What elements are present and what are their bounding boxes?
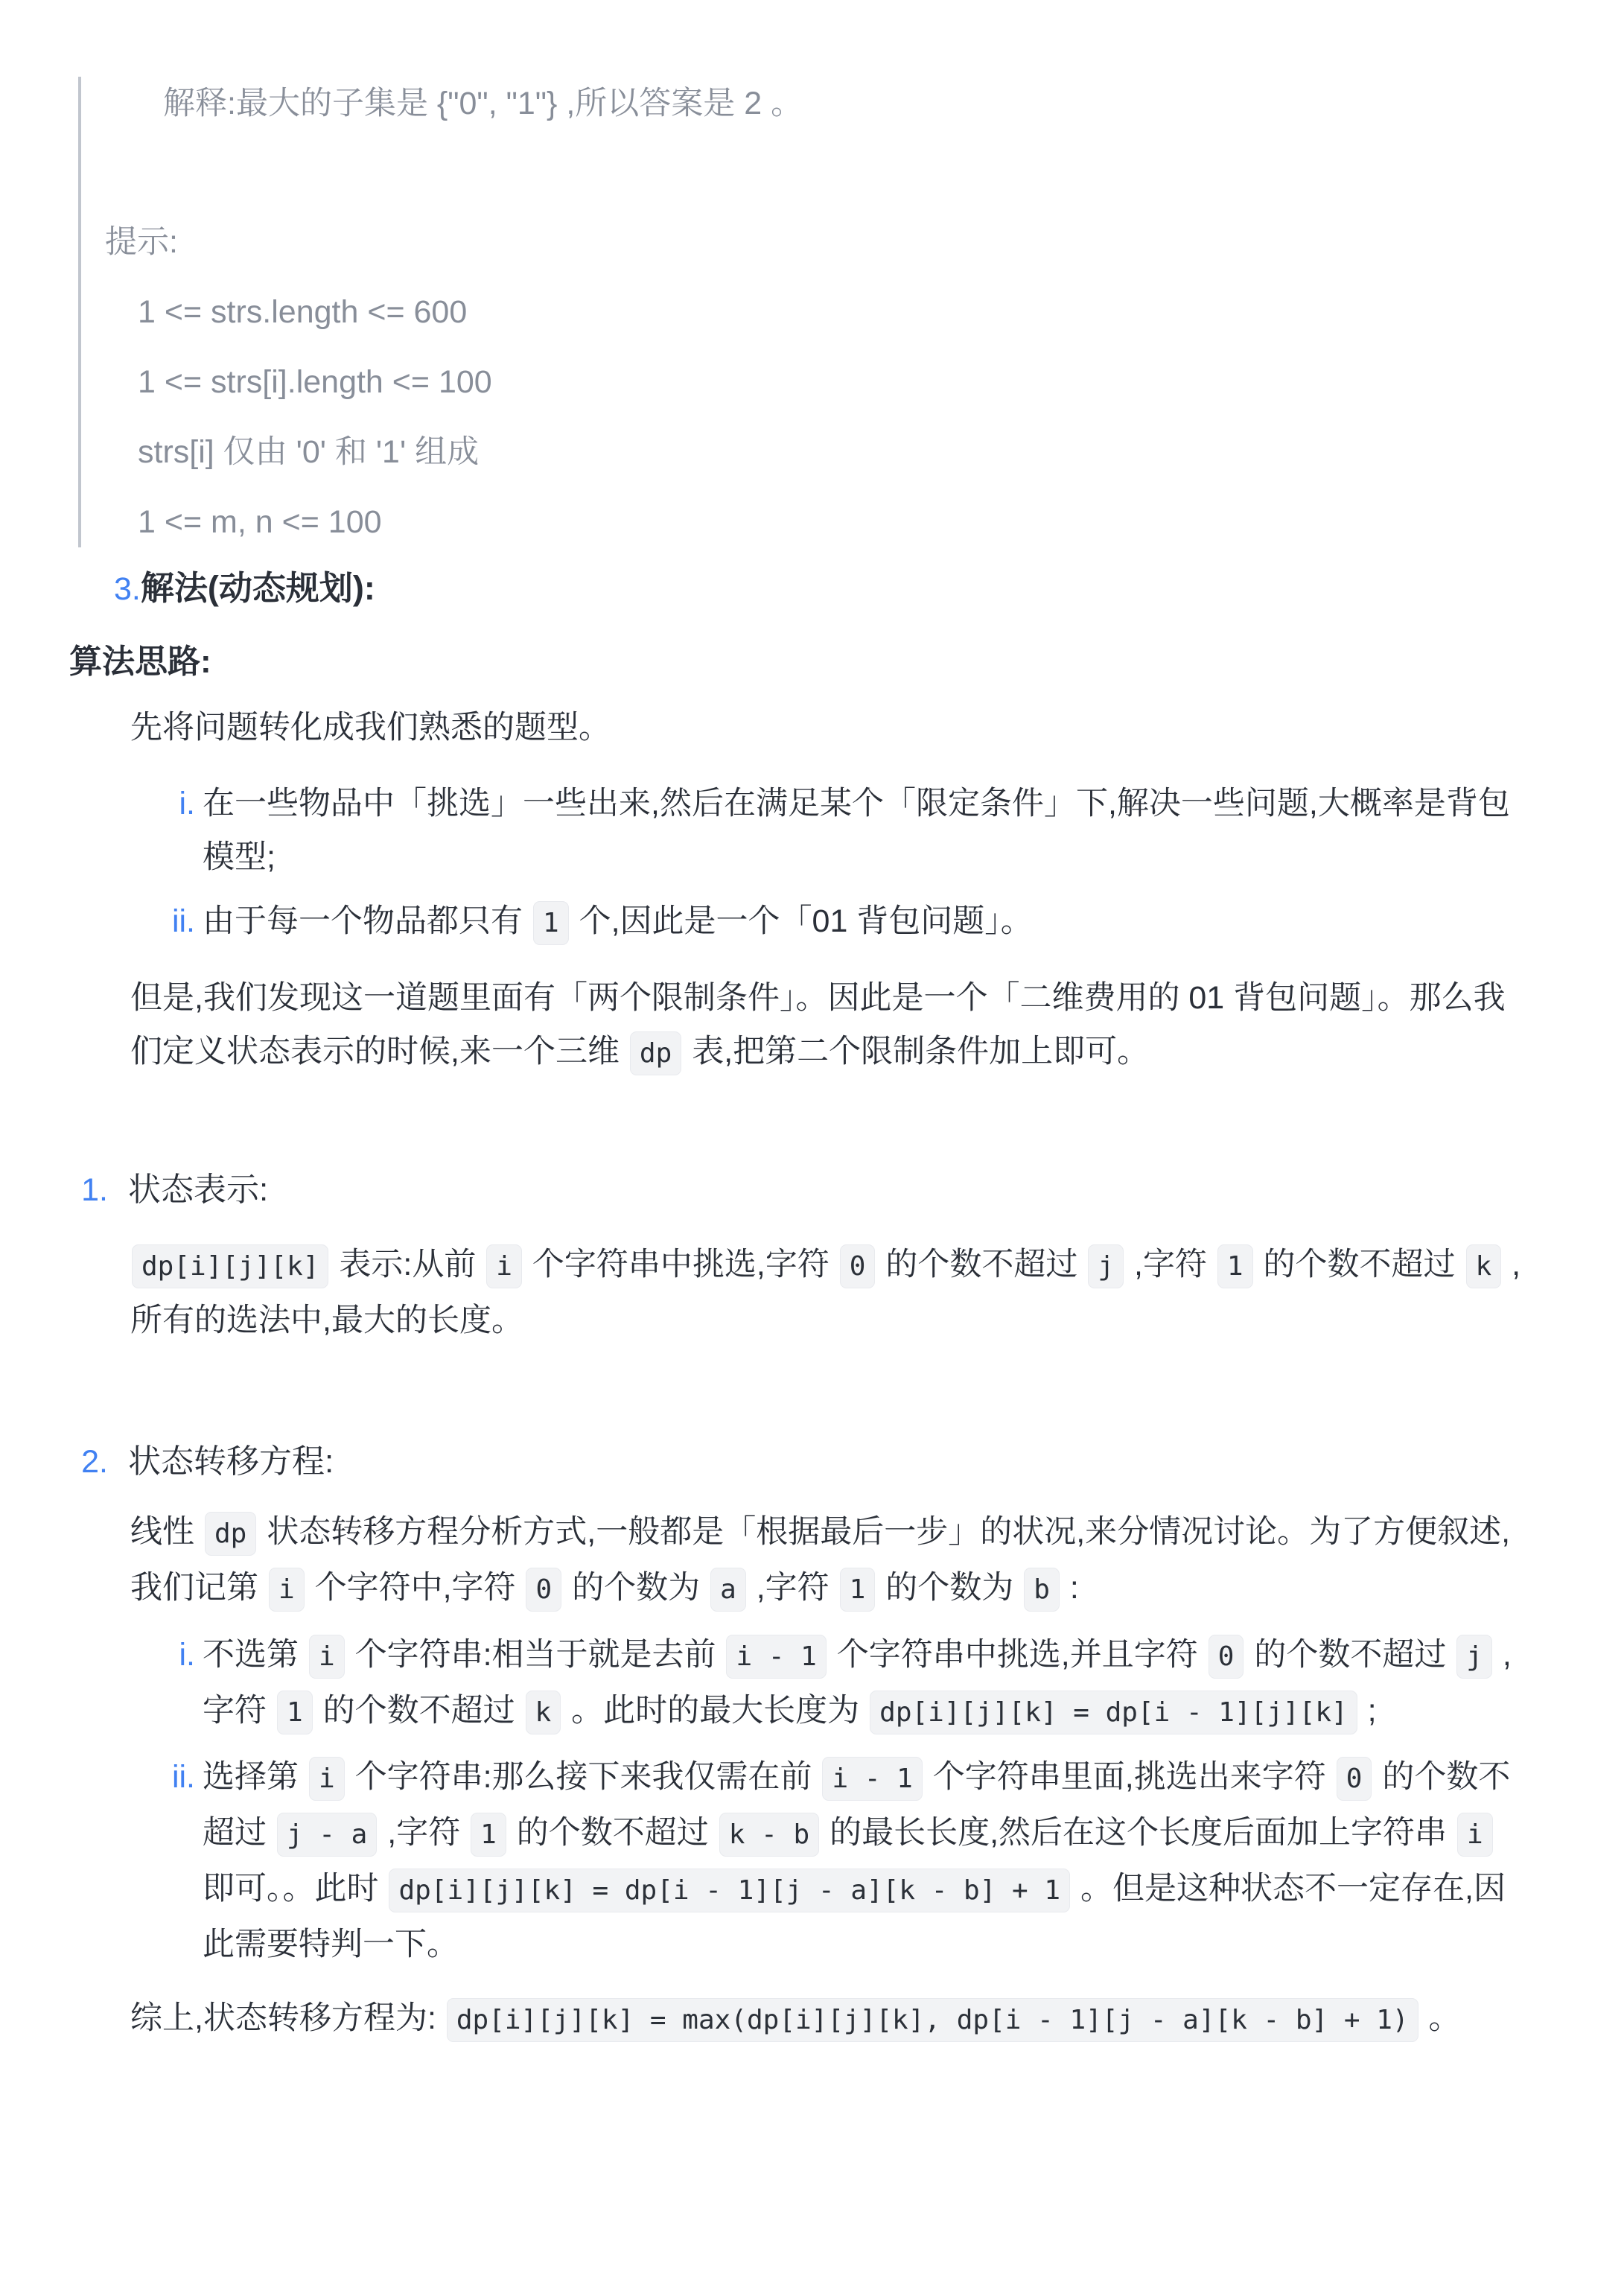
explanation-line: 解释:最大的子集是 {"0", "1"} ,所以答案是 2 。 bbox=[163, 78, 1624, 129]
state-representation-paragraph: dp[i][j][k] 表示:从前 i 个字符串中挑选,字符 0 的个数不超过 … bbox=[130, 1238, 1534, 1347]
inline-code: dp bbox=[630, 1031, 681, 1075]
inline-code: a bbox=[710, 1568, 746, 1612]
inline-code: b bbox=[1024, 1568, 1060, 1612]
inline-code: i - 1 bbox=[726, 1635, 826, 1679]
inline-code: i bbox=[269, 1568, 305, 1612]
inline-code: 1 bbox=[277, 1691, 313, 1734]
list-marker: 2. bbox=[81, 1435, 108, 1489]
inline-code: i bbox=[1457, 1813, 1493, 1857]
state-representation-heading: 1.状态表示: bbox=[128, 1163, 1624, 1217]
inline-code: j bbox=[1088, 1244, 1124, 1288]
list-marker: ii. bbox=[172, 1750, 195, 1804]
inline-code: dp[i][j][k] = dp[i - 1][j - a][k - b] + … bbox=[389, 1869, 1070, 1912]
inline-code: i bbox=[309, 1757, 345, 1801]
list-marker: i. bbox=[179, 1628, 196, 1682]
inline-code: k bbox=[526, 1691, 561, 1734]
inline-code: 1 bbox=[840, 1568, 876, 1612]
inline-code: 1 bbox=[1217, 1244, 1253, 1288]
inline-code: k - b bbox=[719, 1813, 819, 1857]
summary-paragraph: 综上,状态转移方程为: dp[i][j][k] = max(dp[i][j][k… bbox=[130, 1991, 1534, 2047]
constraint-1: 1 <= strs.length <= 600 bbox=[138, 287, 1624, 337]
inline-code: dp bbox=[205, 1512, 256, 1556]
case-roman-item-1: i.不选第 i 个字符串:相当于就是去前 i - 1 个字符串中挑选,并且字符 … bbox=[203, 1628, 1534, 1740]
section-heading-solution: 3.解法(动态规划): bbox=[114, 562, 1624, 616]
intro-paragraph: 先将问题转化成我们熟悉的题型。 bbox=[130, 701, 1534, 754]
inline-code: i - 1 bbox=[822, 1757, 922, 1801]
inline-code: j bbox=[1456, 1635, 1492, 1679]
inline-code: j - a bbox=[277, 1813, 377, 1857]
inline-code: dp[i][j][k] = max(dp[i][j][k], dp[i - 1]… bbox=[447, 1998, 1418, 2042]
inline-code: 0 bbox=[840, 1244, 876, 1288]
inline-code: dp[i][j][k] bbox=[132, 1244, 328, 1288]
example-blockquote: 解释:最大的子集是 {"0", "1"} ,所以答案是 2 。提示:1 <= s… bbox=[78, 77, 1624, 547]
hint-label: 提示: bbox=[105, 217, 1624, 267]
list-marker: 1. bbox=[81, 1163, 108, 1217]
inline-code: 0 bbox=[526, 1568, 561, 1612]
inline-code: 0 bbox=[1337, 1757, 1372, 1801]
document-body: 解释:最大的子集是 {"0", "1"} ,所以答案是 2 。提示:1 <= s… bbox=[0, 0, 1624, 2047]
algorithm-idea-heading: 算法思路: bbox=[69, 635, 1624, 689]
inline-code: k bbox=[1466, 1244, 1502, 1288]
document: 解释:最大的子集是 {"0", "1"} ,所以答案是 2 。提示:1 <= s… bbox=[0, 0, 1624, 2047]
constraint-4: 1 <= m, n <= 100 bbox=[138, 497, 1624, 547]
idea-roman-item-2: ii.由于每一个物品都只有 1 个,因此是一个「01 背包问题」。 bbox=[203, 894, 1534, 950]
inline-code: 1 bbox=[533, 901, 569, 945]
list-marker: i. bbox=[179, 777, 196, 830]
transition-paragraph: 但是,我们发现这一道题里面有「两个限制条件」。因此是一个「二维费用的 01 背包… bbox=[130, 971, 1534, 1081]
inline-code: dp[i][j][k] = dp[i - 1][j][k] bbox=[870, 1691, 1357, 1734]
idea-roman-item-1: i.在一些物品中「挑选」一些出来,然后在满足某个「限定条件」下,解决一些问题,大… bbox=[203, 777, 1534, 884]
case-roman-item-2: ii.选择第 i 个字符串:那么接下来我仅需在前 i - 1 个字符串里面,挑选… bbox=[203, 1750, 1534, 1971]
inline-code: i bbox=[309, 1635, 345, 1679]
inline-code: 0 bbox=[1209, 1635, 1244, 1679]
constraint-3: strs[i] 仅由 '0' 和 '1' 组成 bbox=[138, 427, 1624, 477]
list-marker: ii. bbox=[172, 894, 195, 948]
transfer-analysis-paragraph: 线性 dp 状态转移方程分析方式,一般都是「根据最后一步」的状况,来分情况讨论。… bbox=[130, 1505, 1534, 1617]
list-marker: 3. bbox=[114, 571, 141, 607]
constraint-2: 1 <= strs[i].length <= 100 bbox=[138, 357, 1624, 407]
inline-code: 1 bbox=[471, 1813, 506, 1857]
inline-code: i bbox=[486, 1244, 522, 1288]
transfer-equation-heading: 2.状态转移方程: bbox=[128, 1435, 1624, 1489]
